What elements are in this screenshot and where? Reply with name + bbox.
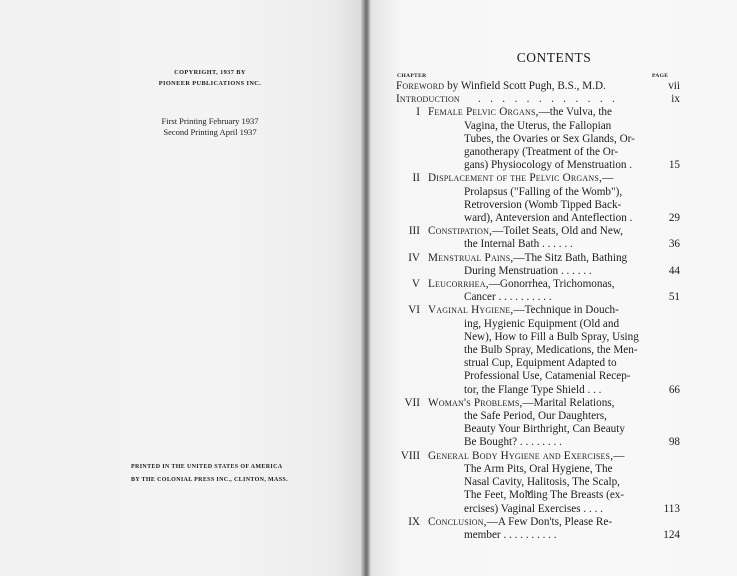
toc-chapter-row: IXConclusion,—A Few Don'ts, Please Re-me… — [396, 516, 680, 542]
toc-entry-first-line: Conclusion,—A Few Don'ts, Please Re- — [428, 516, 650, 529]
toc-entry-text: Female Pelvic Organs,—the Vulva, theVagi… — [428, 106, 650, 172]
toc-entry-line: New), How to Fill a Bulb Spray, Using — [428, 331, 650, 344]
toc-page-number: ix — [650, 93, 680, 106]
toc-chapter-number: I — [388, 106, 428, 119]
toc-entry-line: —Gonorrhea, Trichomonas, — [489, 278, 615, 290]
toc-entry-text: Constipation,—Toilet Seats, Old and New,… — [428, 225, 650, 251]
toc-entry-first-line: General Body Hygiene and Exercises,— — [428, 450, 650, 463]
toc-entry-text: Displacement of the Pelvic Organs,—Prola… — [428, 172, 650, 225]
toc-chapter-title: Female Pelvic Organs, — [428, 106, 539, 118]
toc-entry-line: Beauty Your Birthright, Can Beauty — [428, 423, 650, 436]
toc-entry-line: —A Few Don'ts, Please Re- — [487, 516, 612, 528]
contents-heading: CONTENTS — [371, 50, 737, 66]
toc-entry-line: Vagina, the Uterus, the Fallopian — [428, 120, 650, 133]
page-folio: v — [527, 488, 531, 497]
toc-entry-text: General Body Hygiene and Exercises,—The … — [428, 450, 650, 516]
toc-entry-line: —The Sitz Bath, Bathing — [513, 252, 627, 264]
toc-entry-title: Introduction — [396, 93, 460, 105]
toc-entry-subtitle: by Winfield Scott Pugh, B.S., M.D. — [444, 80, 606, 92]
toc-entry-first-line: Female Pelvic Organs,—the Vulva, the — [428, 106, 650, 119]
toc-entry-line: —the Vulva, the — [539, 106, 612, 118]
toc-entry-line: tor, the Flange Type Shield . . . — [428, 384, 650, 397]
copyright-notice: Copyright, 1937 by Pioneer Publications … — [130, 66, 290, 90]
toc-entry-line: Tubes, the Ovaries or Sex Glands, Or- — [428, 133, 650, 146]
toc-page-number: 124 — [650, 529, 680, 542]
toc-entry-text: Vaginal Hygiene,—Technique in Douch-ing,… — [428, 304, 650, 396]
toc-chapter-number: III — [388, 225, 428, 238]
toc-page-number: 113 — [650, 503, 680, 516]
toc-entry-line: The Arm Pits, Oral Hygiene, The — [428, 463, 650, 476]
toc-chapter-number: IX — [388, 516, 428, 529]
toc-entry-line: — — [602, 172, 613, 184]
toc-entry-text: Conclusion,—A Few Don'ts, Please Re-memb… — [428, 516, 650, 542]
toc-entry-line: Be Bought? . . . . . . . . — [428, 436, 650, 449]
toc-dot-leader: . . . . . . . . . . . . — [478, 93, 618, 105]
book-gutter — [361, 0, 371, 576]
toc-chapter-number: V — [388, 278, 428, 291]
imprint-line-2: by the Colonial Press Inc., Clinton, Mas… — [131, 474, 331, 487]
toc-entry-line: gans) Physiocology of Menstruation . — [428, 159, 650, 172]
toc-chapter-number: VI — [388, 304, 428, 317]
toc-entry-line: — — [613, 450, 624, 462]
toc-entry-line: ing, Hygienic Equipment (Old and — [428, 318, 650, 331]
toc-entry-text: Introduction. . . . . . . . . . . . — [396, 93, 650, 106]
chapter-column-header: Chapter — [397, 73, 426, 79]
toc-entry-line: —Technique in Douch- — [513, 304, 618, 316]
toc-chapter-row: VLeucorrhea,—Gonorrhea, Trichomonas,Canc… — [396, 278, 680, 304]
toc-entry-first-line: Leucorrhea,—Gonorrhea, Trichomonas, — [428, 278, 650, 291]
toc-entry-line: ercises) Vaginal Exercises . . . . — [428, 503, 650, 516]
toc-entry-first-line: Displacement of the Pelvic Organs,— — [428, 172, 650, 185]
toc-page-number: 66 — [650, 384, 680, 397]
toc-entry-text: Leucorrhea,—Gonorrhea, Trichomonas,Cance… — [428, 278, 650, 304]
toc-entry-line: Cancer . . . . . . . . . . — [428, 291, 650, 304]
toc-entry-first-line: Menstrual Pains,—The Sitz Bath, Bathing — [428, 252, 650, 265]
page-column-header: Page — [652, 73, 668, 79]
book-spread: Copyright, 1937 by Pioneer Publications … — [0, 0, 737, 576]
toc-chapter-number: IV — [388, 252, 428, 265]
toc-page-number: 51 — [650, 291, 680, 304]
first-printing: First Printing February 1937 — [130, 116, 290, 127]
toc-entry-line: Professional Use, Catamenial Recep- — [428, 370, 650, 383]
toc-chapter-title: Woman's Problems, — [428, 397, 522, 409]
toc-chapter-title: Vaginal Hygiene, — [428, 304, 513, 316]
toc-chapter-title: Displacement of the Pelvic Organs, — [428, 172, 602, 184]
toc-entry-line: During Menstruation . . . . . . — [428, 265, 650, 278]
toc-entry-text: Menstrual Pains,—The Sitz Bath, BathingD… — [428, 252, 650, 278]
toc-entry-line: Nasal Cavity, Halitosis, The Scalp, — [428, 476, 650, 489]
toc-page-number: vii — [650, 80, 680, 93]
toc-chapter-row: VIIWoman's Problems,—Marital Relations,t… — [396, 397, 680, 450]
toc-chapter-title: Menstrual Pains, — [428, 252, 513, 264]
toc-page-number: 15 — [650, 159, 680, 172]
toc-entry-line: member . . . . . . . . . . — [428, 529, 650, 542]
toc-entry-line: Prolapsus ("Falling of the Womb"), — [428, 186, 650, 199]
toc-page-number: 29 — [650, 212, 680, 225]
second-printing: Second Printing April 1937 — [130, 127, 290, 138]
toc-entry-line: ganotherapy (Treatment of the Or- — [428, 146, 650, 159]
toc-entry-line: the Internal Bath . . . . . . — [428, 238, 650, 251]
toc-chapter-row: VIIIGeneral Body Hygiene and Exercises,—… — [396, 450, 680, 516]
toc-entry-line: strual Cup, Equipment Adapted to — [428, 357, 650, 370]
toc-chapter-row: IFemale Pelvic Organs,—the Vulva, theVag… — [396, 106, 680, 172]
printer-imprint: Printed in the United States of America … — [131, 461, 331, 486]
toc-chapter-title: Leucorrhea, — [428, 278, 489, 290]
toc-entry-first-line: Vaginal Hygiene,—Technique in Douch- — [428, 304, 650, 317]
toc-chapter-number: II — [388, 172, 428, 185]
toc-entry-title: Foreword — [396, 80, 444, 92]
toc-front-matter-row: Foreword by Winfield Scott Pugh, B.S., M… — [396, 80, 680, 93]
toc-page-number: 98 — [650, 436, 680, 449]
toc-page-number: 36 — [650, 238, 680, 251]
printing-history: First Printing February 1937 Second Prin… — [130, 116, 290, 138]
table-of-contents: Foreword by Winfield Scott Pugh, B.S., M… — [396, 80, 680, 542]
toc-chapter-title: Conclusion, — [428, 516, 487, 528]
toc-chapter-row: IIDisplacement of the Pelvic Organs,—Pro… — [396, 172, 680, 225]
toc-entry-text: Foreword by Winfield Scott Pugh, B.S., M… — [396, 80, 650, 93]
toc-entry-line: The Feet, Molding The Breasts (ex- — [428, 489, 650, 502]
toc-chapter-row: VIVaginal Hygiene,—Technique in Douch-in… — [396, 304, 680, 396]
toc-chapter-row: IVMenstrual Pains,—The Sitz Bath, Bathin… — [396, 252, 680, 278]
toc-entry-first-line: Woman's Problems,—Marital Relations, — [428, 397, 650, 410]
toc-entry-first-line: Constipation,—Toilet Seats, Old and New, — [428, 225, 650, 238]
toc-entry-text: Woman's Problems,—Marital Relations,the … — [428, 397, 650, 450]
toc-entry-line: —Toilet Seats, Old and New, — [492, 225, 623, 237]
toc-chapter-title: Constipation, — [428, 225, 492, 237]
toc-entry-line: —Marital Relations, — [522, 397, 614, 409]
toc-chapter-number: VIII — [388, 450, 428, 463]
toc-entry-line: the Safe Period, Our Daughters, — [428, 410, 650, 423]
toc-entry-line: Retroversion (Womb Tipped Back- — [428, 199, 650, 212]
toc-entry-line: ward), Anteversion and Anteflection . — [428, 212, 650, 225]
toc-chapter-row: IIIConstipation,—Toilet Seats, Old and N… — [396, 225, 680, 251]
toc-chapter-number: VII — [388, 397, 428, 410]
toc-chapter-title: General Body Hygiene and Exercises, — [428, 450, 613, 462]
imprint-line-1: Printed in the United States of America — [131, 461, 331, 474]
toc-page-number: 44 — [650, 265, 680, 278]
toc-entry-line: the Bulb Spray, Medications, the Men- — [428, 344, 650, 357]
toc-front-matter-row: Introduction. . . . . . . . . . . .ix — [396, 93, 680, 106]
publisher-name: Pioneer Publications Inc. — [130, 77, 290, 90]
